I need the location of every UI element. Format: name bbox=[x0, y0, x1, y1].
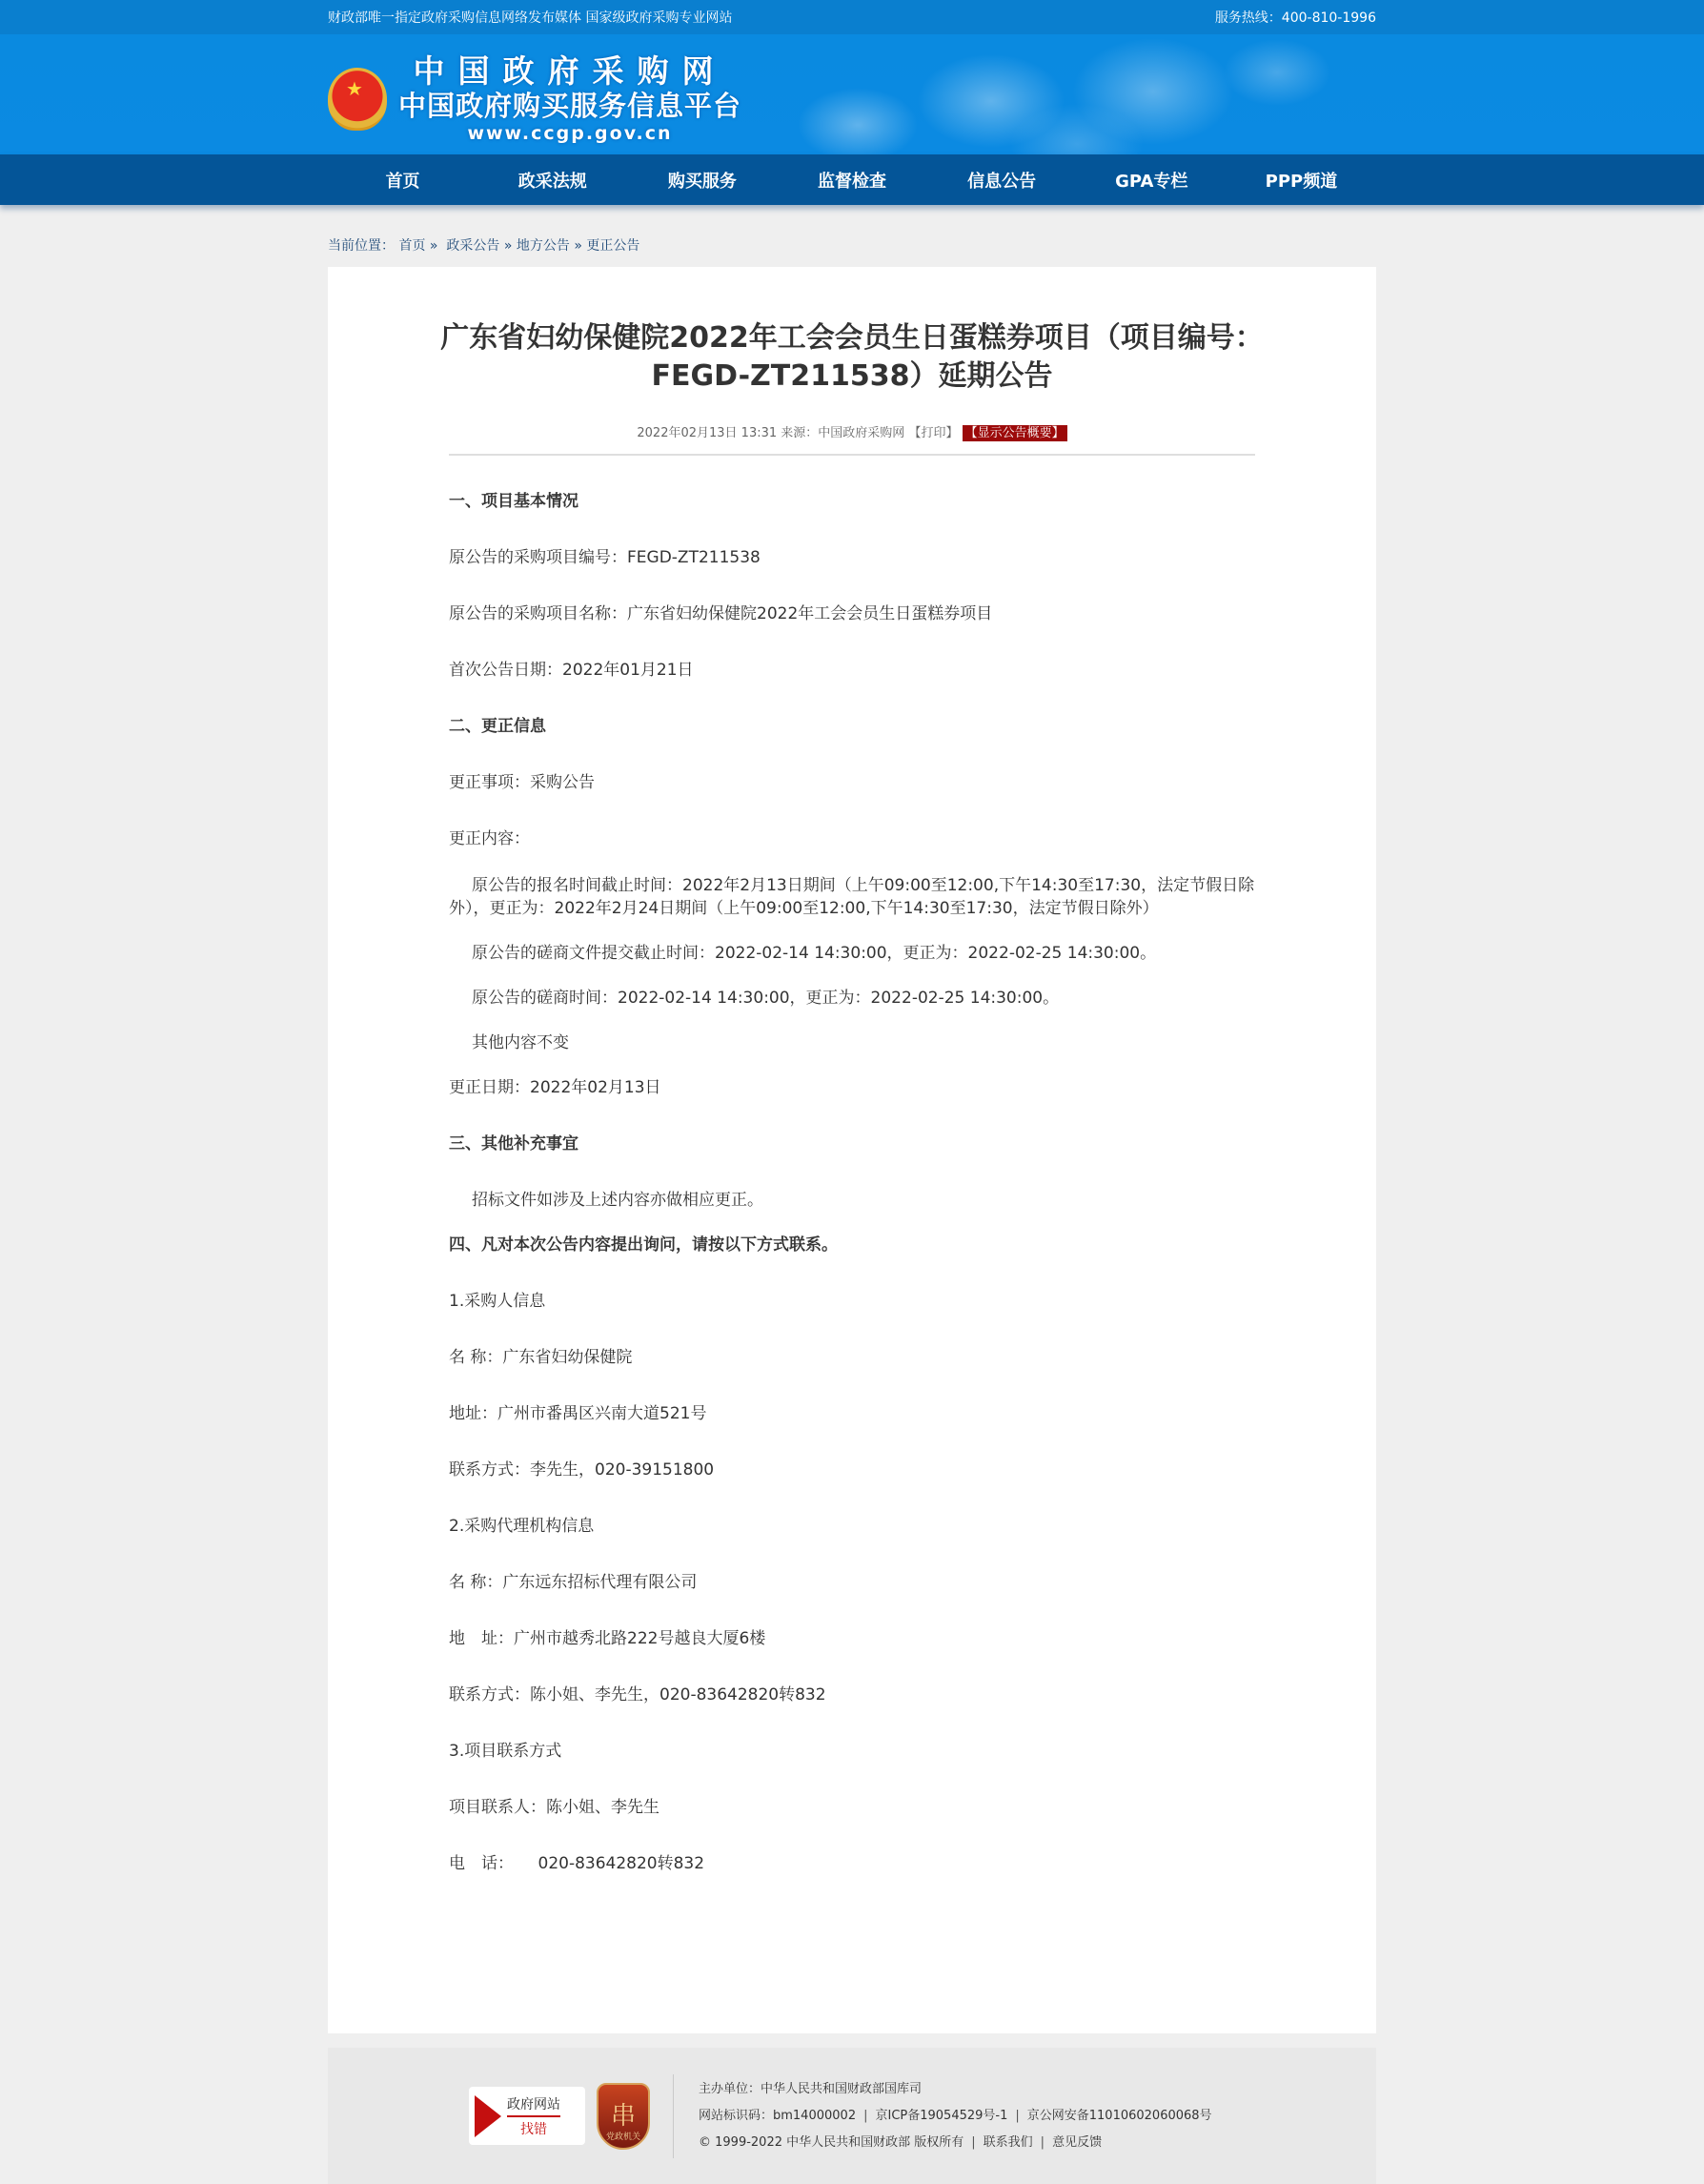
breadcrumb-separator: » bbox=[504, 238, 513, 254]
breadcrumb-local-notices[interactable]: 地方公告 bbox=[517, 238, 570, 254]
site-banner: 中国政府采购网 中国政府购买服务信息平台 www.ccgp.gov.cn bbox=[0, 34, 1704, 154]
badge-find-line1: 政府网站 bbox=[507, 2094, 560, 2117]
source-name: 中国政府采购网 bbox=[818, 426, 904, 440]
paragraph: 名 称：广东省妇幼保健院 bbox=[449, 1346, 1255, 1369]
nav-item-purchase-services[interactable]: 购买服务 bbox=[627, 168, 777, 193]
nav-item-announcements[interactable]: 信息公告 bbox=[927, 168, 1077, 193]
paragraph: 3.项目联系方式 bbox=[449, 1740, 1255, 1763]
national-emblem-icon bbox=[328, 68, 387, 131]
paragraph: 更正内容： bbox=[449, 827, 1255, 850]
paragraph: 联系方式：陈小姐、李先生，020-83642820转832 bbox=[449, 1684, 1255, 1706]
paragraph: 原公告的采购项目名称：广东省妇幼保健院2022年工会会员生日蛋糕券项目 bbox=[449, 602, 1255, 625]
footer-police-record-link[interactable]: 京公网安备11010602060068号 bbox=[1027, 2109, 1212, 2123]
show-summary-button[interactable]: 【显示公告概要】 bbox=[963, 425, 1067, 441]
magnifier-icon bbox=[475, 2095, 501, 2137]
paragraph: 原公告的采购项目编号：FEGD-ZT211538 bbox=[449, 546, 1255, 569]
paragraph: 1.采购人信息 bbox=[449, 1290, 1255, 1313]
indented-paragraph: 原公告的报名时间截止时间：2022年2月13日期间（上午09:00至12:00,… bbox=[449, 874, 1255, 920]
footer-copyright: © 1999-2022 中华人民共和国财政部 版权所有 bbox=[699, 2135, 964, 2150]
site-slogan: 财政部唯一指定政府采购信息网络发布媒体 国家级政府采购专业网站 bbox=[328, 8, 732, 27]
footer-separator: | bbox=[1041, 2135, 1045, 2150]
footer-info: 主办单位：中华人民共和国财政部国库司 网站标识码：bm14000002|京ICP… bbox=[699, 2076, 1212, 2156]
breadcrumb-procurement-notices[interactable]: 政采公告 bbox=[446, 238, 499, 254]
site-logo[interactable]: 中国政府采购网 中国政府购买服务信息平台 www.ccgp.gov.cn bbox=[328, 53, 741, 145]
nav-item-supervision[interactable]: 监督检查 bbox=[777, 168, 926, 193]
article-container: 广东省妇幼保健院2022年工会会员生日蛋糕券项目（项目编号：FEGD-ZT211… bbox=[328, 267, 1376, 2033]
paragraph: 电 话： 020-83642820转832 bbox=[449, 1852, 1255, 1875]
footer-sponsor: 主办单位：中华人民共和国财政部国库司 bbox=[699, 2076, 1212, 2103]
top-bar: 财政部唯一指定政府采购信息网络发布媒体 国家级政府采购专业网站 服务热线：400… bbox=[0, 0, 1704, 34]
article-meta: 2022年02月13日 13:31 来源：中国政府采购网 【打印】 【显示公告概… bbox=[449, 422, 1255, 456]
gov-site-error-report-badge[interactable]: 政府网站 找错 bbox=[469, 2087, 585, 2145]
breadcrumb-correction-notices[interactable]: 更正公告 bbox=[586, 238, 639, 254]
paragraph: 更正日期：2022年02月13日 bbox=[449, 1076, 1255, 1099]
paragraph: 地址：广州市番禺区兴南大道521号 bbox=[449, 1402, 1255, 1425]
nav-item-regulations[interactable]: 政采法规 bbox=[477, 168, 627, 193]
paragraph: 2.采购代理机构信息 bbox=[449, 1515, 1255, 1538]
paragraph: 地 址：广州市越秀北路222号越良大厦6楼 bbox=[449, 1627, 1255, 1650]
breadcrumb-prefix: 当前位置： bbox=[328, 238, 395, 254]
indented-paragraph: 原公告的磋商时间：2022-02-14 14:30:00，更正为：2022-02… bbox=[449, 987, 1255, 1010]
footer-separator: | bbox=[863, 2109, 867, 2123]
paragraph: 更正事项：采购公告 bbox=[449, 771, 1255, 794]
footer-contact-link[interactable]: 联系我们 bbox=[984, 2135, 1033, 2150]
article-body: 一、项目基本情况 原公告的采购项目编号：FEGD-ZT211538 原公告的采购… bbox=[449, 490, 1255, 1875]
main-nav: 首页 政采法规 购买服务 监督检查 信息公告 GPA专栏 PPP频道 bbox=[0, 154, 1704, 205]
indented-paragraph: 其他内容不变 bbox=[449, 1031, 1255, 1054]
footer-separator: | bbox=[971, 2135, 975, 2150]
nav-item-gpa[interactable]: GPA专栏 bbox=[1077, 168, 1227, 193]
footer-icp-link[interactable]: 京ICP备19054529号-1 bbox=[875, 2109, 1007, 2123]
section-heading: 一、项目基本情况 bbox=[449, 490, 1255, 513]
footer-feedback-link[interactable]: 意见反馈 bbox=[1052, 2135, 1102, 2150]
indented-paragraph: 招标文件如涉及上述内容亦做相应更正。 bbox=[449, 1189, 1255, 1212]
nav-item-ppp[interactable]: PPP频道 bbox=[1227, 168, 1376, 193]
article-title: 广东省妇幼保健院2022年工会会员生日蛋糕券项目（项目编号：FEGD-ZT211… bbox=[411, 319, 1293, 396]
breadcrumb-home[interactable]: 首页 bbox=[398, 238, 425, 254]
badge-party-label: 党政机关 bbox=[606, 2130, 640, 2142]
paragraph: 首次公告日期：2022年01月21日 bbox=[449, 659, 1255, 682]
paragraph: 项目联系人：陈小姐、李先生 bbox=[449, 1796, 1255, 1819]
source-label: 来源： bbox=[781, 426, 818, 440]
logo-subtitle: 中国政府购买服务信息平台 bbox=[398, 90, 741, 122]
breadcrumb: 当前位置： 首页 » 政采公告 » 地方公告 » 更正公告 bbox=[328, 205, 1376, 267]
paragraph: 名 称：广东远东招标代理有限公司 bbox=[449, 1571, 1255, 1594]
footer-divider bbox=[673, 2074, 674, 2158]
logo-url: www.ccgp.gov.cn bbox=[467, 122, 672, 145]
site-footer: 政府网站 找错 串 党政机关 主办单位：中华人民共和国财政部国库司 网站标识码：… bbox=[328, 2048, 1376, 2184]
section-heading: 二、更正信息 bbox=[449, 715, 1255, 738]
publish-datetime: 2022年02月13日 13:31 bbox=[637, 426, 777, 440]
nav-item-home[interactable]: 首页 bbox=[328, 168, 477, 193]
logo-title: 中国政府采购网 bbox=[414, 53, 727, 90]
footer-separator: | bbox=[1015, 2109, 1019, 2123]
footer-site-id: 网站标识码：bm14000002 bbox=[699, 2109, 856, 2123]
print-link[interactable]: 【打印】 bbox=[908, 426, 958, 440]
section-heading: 四、凡对本次公告内容提出询问，请按以下方式联系。 bbox=[449, 1234, 1255, 1256]
service-hotline: 服务热线：400-810-1996 bbox=[1215, 8, 1376, 27]
party-emblem-icon: 串 bbox=[611, 2103, 636, 2130]
party-gov-agency-badge[interactable]: 串 党政机关 bbox=[597, 2083, 650, 2150]
badge-find-line2: 找错 bbox=[520, 2119, 547, 2138]
section-heading: 三、其他补充事宜 bbox=[449, 1133, 1255, 1155]
paragraph: 联系方式：李先生，020-39151800 bbox=[449, 1459, 1255, 1481]
breadcrumb-separator: » bbox=[430, 238, 438, 254]
indented-paragraph: 原公告的磋商文件提交截止时间：2022-02-14 14:30:00，更正为：2… bbox=[449, 942, 1255, 965]
breadcrumb-separator: » bbox=[574, 238, 582, 254]
